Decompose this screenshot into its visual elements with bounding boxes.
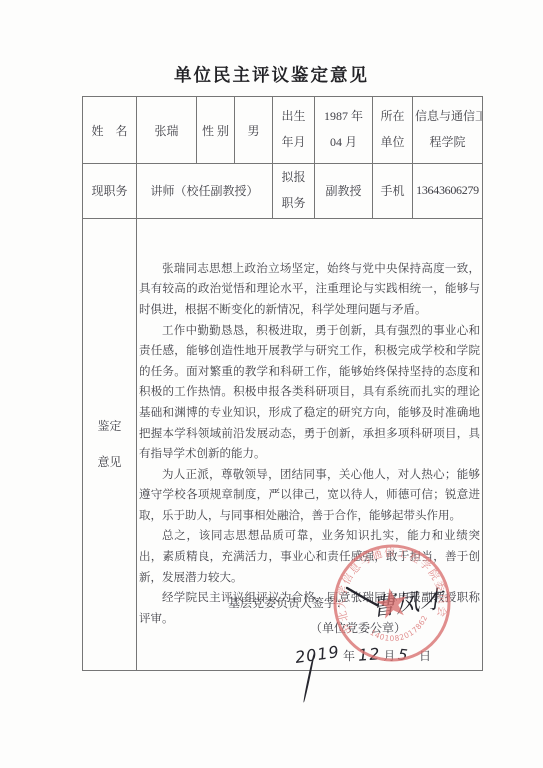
signature-name-text: 曹凤才: [370, 585, 448, 621]
name-label: 姓 名: [83, 97, 137, 164]
day-unit-label: 日: [419, 647, 431, 664]
mobile-value: 13643606279: [413, 164, 483, 219]
unit-label: 所在 单位: [373, 97, 413, 164]
opinion-paragraph: 为人正派，尊敬领导，团结同事，关心他人，对人热心；能够遵守学校各项规章制度，严以…: [139, 465, 480, 527]
gender-label: 性 别: [197, 97, 235, 164]
appraisal-table: 姓 名 张瑞 性 别 男 出生 年月 1987 年 04 月 所在 单位 信息与…: [82, 96, 483, 671]
handwritten-year: 2019: [294, 642, 341, 667]
proposed-post-value: 副教授: [315, 164, 373, 219]
page-title: 单位民主评议鉴定意见: [0, 62, 543, 87]
signature-block: 基层党委负责人签字： 曹凤才 （单位党委公章） 2019年12月5日: [150, 582, 470, 664]
signature-label: 基层党委负责人签字：: [228, 594, 348, 612]
table-row-basic-info: 姓 名 张瑞 性 别 男 出生 年月 1987 年 04 月 所在 单位 信息与…: [83, 97, 483, 164]
proposed-post-label: 拟报 职务: [273, 164, 315, 219]
current-post-value: 讲师（校任副教授）: [137, 164, 273, 219]
unit-value: 信息与通信工 程学院: [413, 97, 483, 164]
birth-date-label: 出生 年月: [273, 97, 315, 164]
gender-value: 男: [235, 97, 273, 164]
handwritten-month: 12: [357, 644, 381, 665]
document-page: 单位民主评议鉴定意见 姓 名 张瑞 性 别 男 出生 年月 1987 年 04 …: [0, 0, 543, 768]
name-value: 张瑞: [137, 97, 197, 164]
handwritten-day: 5: [398, 645, 410, 664]
table-row-position-info: 现职务 讲师（校任副教授） 拟报 职务 副教授 手机 13643606279: [83, 164, 483, 219]
table-row-opinion: 鉴定 意见 张瑞同志思想上政治立场坚定，始终与党中央保持高度一致，具有较高的政治…: [83, 218, 483, 670]
current-post-label: 现职务: [83, 164, 137, 219]
handwritten-signature: 曹凤才: [344, 578, 456, 622]
opinion-paragraph: 工作中勤勤恳恳，积极进取，勇于创新，具有强烈的事业心和责任感，能够创造性地开展教…: [139, 321, 480, 465]
year-unit-label: 年: [343, 647, 355, 664]
opinion-paragraph: 张瑞同志思想上政治立场坚定，始终与党中央保持高度一致，具有较高的政治觉悟和理论水…: [139, 259, 480, 321]
signature-line: 基层党委负责人签字： 曹凤才: [150, 582, 470, 612]
birth-date-value: 1987 年 04 月: [315, 97, 373, 164]
opinion-label: 鉴定 意见: [83, 218, 137, 670]
mobile-label: 手机: [373, 164, 413, 219]
date-line: 2019年12月5日: [150, 645, 470, 664]
opinion-text-cell: 张瑞同志思想上政治立场坚定，始终与党中央保持高度一致，具有较高的政治觉悟和理论水…: [137, 218, 483, 670]
month-unit-label: 月: [383, 647, 395, 664]
